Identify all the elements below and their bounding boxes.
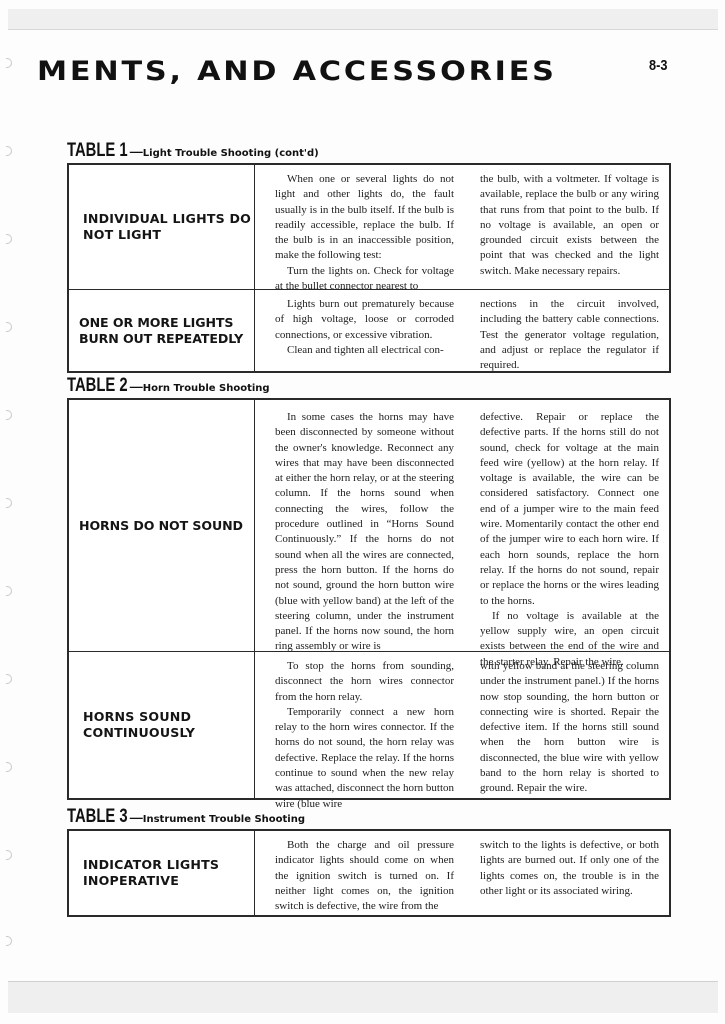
binder-hole-mark [6,850,12,860]
text-column-2: nections in the circuit involved, includ… [480,297,659,364]
table-row: ONE OR MORE LIGHTS BURN OUT REPEATEDLY L… [69,289,669,371]
chapter-title: MENTS, AND ACCESSORIES [37,56,557,87]
condition-label: HORNS SOUND CONTINUOUSLY [69,652,255,798]
text-column-2: with yellow band at the steering column … [480,659,659,791]
table-3-instrument-trouble-shooting: INDICATOR LIGHTS INOPERATIVE Both the ch… [67,829,671,917]
table-row: HORNS SOUND CONTINUOUSLY To stop the hor… [69,651,669,798]
remedy-text: Lights burn out prematurely because of h… [255,290,669,371]
text-column-2: the bulb, with a voltmeter. If voltage i… [480,172,659,282]
text-column-1: In some cases the horns may have been di… [275,410,454,644]
table-1-caption: TABLE 1—Light Trouble Shooting (cont'd) [67,140,319,162]
table-number: TABLE 1 [67,140,128,162]
table-subtitle: Horn Trouble Shooting [143,383,270,394]
text-column-1: Both the charge and oil pressure indicat… [275,838,454,908]
text-column-1: When one or several lights do not light … [275,172,454,282]
binder-hole-mark [6,674,12,684]
binder-hole-mark [6,498,12,508]
scan-margin-bottom [8,981,718,1013]
binder-hole-mark [6,410,12,420]
condition-label: INDIVIDUAL LIGHTS DO NOT LIGHT [69,165,255,289]
binder-hole-mark [6,322,12,332]
condition-label: HORNS DO NOT SOUND [69,400,255,651]
table-row: INDIVIDUAL LIGHTS DO NOT LIGHT When one … [69,165,669,289]
table-1-light-trouble-shooting: INDIVIDUAL LIGHTS DO NOT LIGHT When one … [67,163,671,373]
binder-hole-mark [6,586,12,596]
table-row: HORNS DO NOT SOUND In some cases the hor… [69,400,669,651]
remedy-text: When one or several lights do not light … [255,165,669,289]
remedy-text: In some cases the horns may have been di… [255,400,669,651]
condition-label: ONE OR MORE LIGHTS BURN OUT REPEATEDLY [69,290,255,371]
binder-hole-mark [6,146,12,156]
text-column-1: Lights burn out prematurely because of h… [275,297,454,364]
binder-hole-mark [6,762,12,772]
table-number: TABLE 2 [67,375,128,397]
binder-hole-mark [6,234,12,244]
table-subtitle: Instrument Trouble Shooting [143,814,305,825]
text-column-2: switch to the lights is defective, or bo… [480,838,659,908]
table-subtitle: Light Trouble Shooting (cont'd) [143,148,319,159]
condition-label: INDICATOR LIGHTS INOPERATIVE [69,831,255,915]
binder-hole-mark [6,936,12,946]
table-row: INDICATOR LIGHTS INOPERATIVE Both the ch… [69,831,669,915]
text-column-1: To stop the horns from sounding, disconn… [275,659,454,791]
page-number: 8-3 [649,57,667,74]
table-number: TABLE 3 [67,806,128,828]
table-2-horn-trouble-shooting: HORNS DO NOT SOUND In some cases the hor… [67,398,671,800]
text-column-2: defective. Repair or replace the defecti… [480,410,659,644]
remedy-text: To stop the horns from sounding, disconn… [255,652,669,798]
remedy-text: Both the charge and oil pressure indicat… [255,831,669,915]
table-2-caption: TABLE 2—Horn Trouble Shooting [67,375,270,397]
binder-hole-mark [6,58,12,68]
scan-margin-top [8,9,718,30]
table-3-caption: TABLE 3—Instrument Trouble Shooting [67,806,305,828]
